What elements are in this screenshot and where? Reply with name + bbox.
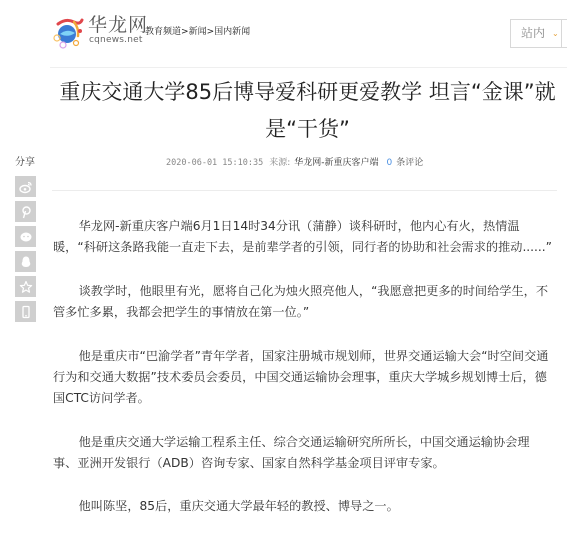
logo-dragon-icon — [52, 14, 86, 50]
header-divider — [50, 67, 567, 68]
source-label: 来源: — [269, 158, 290, 168]
site-header: 华龙网 cqnews.net 教育频道>新闻>国内新闻 站内 ⌄ — [0, 0, 567, 66]
comment-count[interactable]: 0 — [387, 158, 393, 168]
share-mobile-button[interactable] — [15, 301, 36, 322]
chevron-down-icon: ⌄ — [552, 20, 559, 47]
logo-domain: cqnews.net — [89, 35, 143, 46]
wechat-icon — [19, 230, 33, 244]
article-paragraph: 他是重庆交通大学运输工程系主任、综合交通运输研究所所长，中国交通运输协会理事、亚… — [53, 432, 553, 474]
article-paragraph: 他叫陈坚，85后，重庆交通大学最年轻的教授、博导之一。 — [53, 496, 553, 517]
article-paragraph: 他是重庆市“巴渝学者”青年学者，国家注册城市规划师，世界交通运输大会“时空间交通… — [53, 346, 553, 409]
meta-divider — [52, 190, 557, 191]
logo-name: 华龙网 — [88, 14, 148, 36]
share-pinterest-button[interactable] — [15, 201, 36, 222]
breadcrumb-separator: > — [181, 27, 189, 37]
share-wechat-button[interactable] — [15, 226, 36, 247]
article-meta: 2020-06-01 15:10:35来源:华龙网-新重庆客户端0条评论 — [166, 157, 423, 169]
breadcrumb-domestic-news[interactable]: 国内新闻 — [214, 27, 250, 37]
search-divider — [561, 19, 562, 48]
star-icon — [19, 280, 33, 294]
search-scope-select[interactable]: 站内 ⌄ — [510, 19, 567, 48]
article-body: 华龙网-新重庆客户端6月1日14时34分讯（蒲静）谈科研时，他内心有火，热情温暖… — [53, 216, 553, 538]
breadcrumb: 教育频道>新闻>国内新闻 — [145, 26, 250, 38]
weibo-icon — [19, 180, 33, 194]
share-label: 分享 — [15, 157, 35, 169]
search-scope-value: 站内 — [521, 26, 545, 40]
share-favorite-button[interactable] — [15, 276, 36, 297]
source-link[interactable]: 华龙网-新重庆客户端 — [294, 158, 378, 168]
breadcrumb-news[interactable]: 新闻 — [189, 27, 207, 37]
article-paragraph: 华龙网-新重庆客户端6月1日14时34分讯（蒲静）谈科研时，他内心有火，热情温暖… — [53, 216, 553, 258]
share-weibo-button[interactable] — [15, 176, 36, 197]
article-page: 华龙网 cqnews.net 教育频道>新闻>国内新闻 站内 ⌄ 重庆交通大学8… — [0, 0, 567, 555]
breadcrumb-separator: > — [207, 27, 215, 37]
publish-time: 2020-06-01 15:10:35 — [166, 158, 263, 168]
comment-label[interactable]: 条评论 — [396, 158, 423, 168]
pinterest-icon — [19, 205, 33, 219]
breadcrumb-education[interactable]: 教育频道 — [145, 27, 181, 37]
article-title: 重庆交通大学85后博导爱科研更爱教学 坦言“金课”就是“干货” — [48, 74, 567, 148]
mobile-icon — [19, 305, 33, 319]
article-paragraph: 谈教学时，他眼里有光，愿将自己化为烛火照亮他人，“我愿意把更多的时间给学生，不管… — [53, 281, 553, 323]
qq-icon — [19, 255, 33, 269]
share-list — [15, 176, 37, 326]
share-qq-button[interactable] — [15, 251, 36, 272]
